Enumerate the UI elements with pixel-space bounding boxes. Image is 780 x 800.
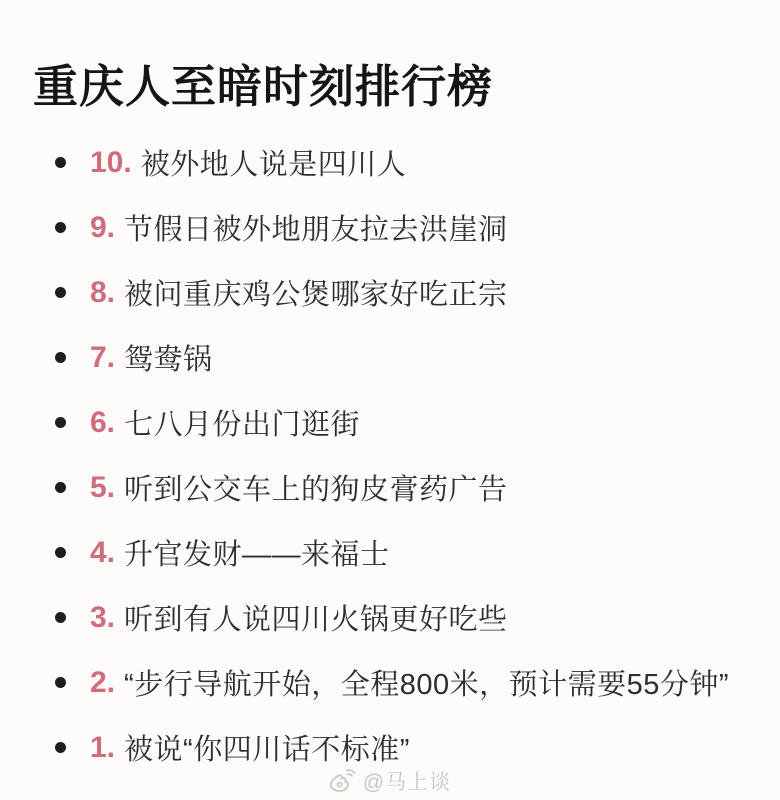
- item-text: 被说“你四川话不标准”: [124, 727, 410, 768]
- ranking-item: 4.升官发财——来福士: [33, 520, 729, 585]
- item-text: 听到有人说四川火锅更好吃些: [124, 597, 508, 638]
- bullet-dot-icon: [55, 417, 66, 428]
- ranking-list: 10.被外地人说是四川人9.节假日被外地朋友拉去洪崖洞8.被问重庆鸡公煲哪家好吃…: [33, 130, 729, 780]
- rank-number: 6.: [90, 406, 115, 440]
- rank-number: 9.: [90, 211, 115, 245]
- ranking-item: 9.节假日被外地朋友拉去洪崖洞: [33, 195, 729, 260]
- item-text: 被外地人说是四川人: [141, 142, 407, 183]
- ranking-item: 2.“步行导航开始，全程800米，预计需要55分钟”: [33, 650, 729, 715]
- rank-number: 1.: [90, 731, 115, 765]
- bullet-dot-icon: [55, 612, 66, 623]
- bullet-dot-icon: [55, 157, 66, 168]
- ranking-item: 3.听到有人说四川火锅更好吃些: [33, 585, 729, 650]
- bullet-dot-icon: [55, 547, 66, 558]
- watermark-text: @马上谈: [363, 766, 451, 796]
- bullet-dot-icon: [55, 677, 66, 688]
- bullet-dot-icon: [55, 352, 66, 363]
- weibo-logo-icon: [329, 769, 356, 793]
- rank-number: 5.: [90, 471, 115, 505]
- bullet-dot-icon: [55, 742, 66, 753]
- ranking-item: 6.七八月份出门逛街: [33, 390, 729, 455]
- rank-number: 8.: [90, 276, 115, 310]
- bullet-dot-icon: [55, 482, 66, 493]
- item-text: 鸳鸯锅: [124, 337, 213, 378]
- ranking-item: 10.被外地人说是四川人: [33, 130, 729, 195]
- item-text: 听到公交车上的狗皮膏药广告: [124, 467, 508, 508]
- item-text: “步行导航开始，全程800米，预计需要55分钟”: [124, 662, 729, 703]
- meme-page: 重庆人至暗时刻排行榜 10.被外地人说是四川人9.节假日被外地朋友拉去洪崖洞8.…: [0, 0, 780, 800]
- bullet-dot-icon: [55, 222, 66, 233]
- rank-number: 7.: [90, 341, 115, 375]
- rank-number: 4.: [90, 536, 115, 570]
- rank-number: 10.: [90, 146, 132, 180]
- item-text: 七八月份出门逛街: [124, 402, 360, 443]
- ranking-item: 5.听到公交车上的狗皮膏药广告: [33, 455, 729, 520]
- ranking-item: 8.被问重庆鸡公煲哪家好吃正宗: [33, 260, 729, 325]
- ranking-item: 7.鸳鸯锅: [33, 325, 729, 390]
- bullet-dot-icon: [55, 287, 66, 298]
- item-text: 升官发财——来福士: [124, 532, 390, 573]
- watermark: @马上谈: [329, 766, 451, 796]
- rank-number: 2.: [90, 666, 115, 700]
- item-text: 被问重庆鸡公煲哪家好吃正宗: [124, 272, 508, 313]
- page-title: 重庆人至暗时刻排行榜: [33, 50, 493, 115]
- item-text: 节假日被外地朋友拉去洪崖洞: [124, 207, 508, 248]
- rank-number: 3.: [90, 601, 115, 635]
